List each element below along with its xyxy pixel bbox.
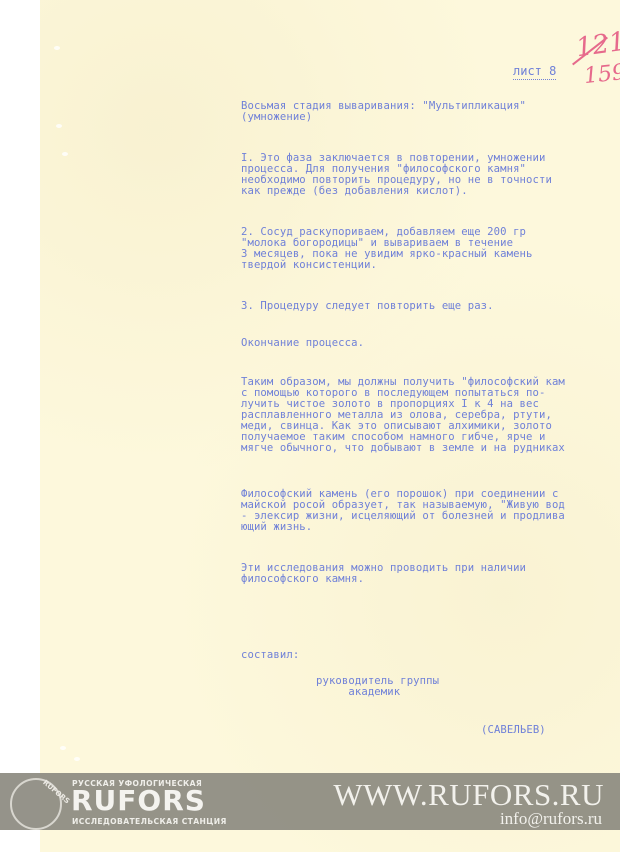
paper-speck	[56, 124, 62, 128]
paper-speck	[60, 746, 66, 750]
compiled-by-label: составил:	[241, 650, 299, 661]
section-heading: Восьмая стадия вываривания: "Мультиплика…	[241, 101, 526, 123]
paper-speck	[74, 757, 80, 761]
paragraph-1: I. Это фаза заключается в повторении, ум…	[241, 153, 552, 197]
process-end: Окончание процесса.	[241, 338, 364, 349]
org-subtitle-bottom: ИССЛЕДОВАТЕЛЬСКАЯ СТАНЦИЯ	[72, 817, 227, 826]
site-url: WWW.RUFORS.RU	[333, 778, 604, 812]
paragraph-3: 3. Процедуру следует повторить еще раз.	[241, 301, 494, 312]
paragraph-result: Таким образом, мы должны получить "филос…	[241, 377, 565, 454]
rufors-logo-icon: RUFORS	[10, 778, 62, 830]
author-position: руководитель группы академик	[316, 676, 439, 698]
contact-email: info@rufors.ru	[500, 810, 602, 828]
paragraph-2: 2. Сосуд раскупориваем, добавляем еще 20…	[241, 227, 533, 271]
watermark-banner: RUFORS РУССКАЯ УФОЛОГИЧЕСКАЯ RUFORS ИССЛ…	[0, 773, 620, 830]
paragraph-stone: Философский камень (его порошок) при сое…	[241, 489, 565, 533]
org-name: RUFORS	[71, 786, 206, 816]
paragraph-research: Эти исследования можно проводить при нал…	[241, 563, 526, 585]
handwritten-old-page-number: 121	[574, 27, 620, 64]
handwritten-page-number: 159	[583, 60, 620, 89]
author-name: (САВЕЛЬЕВ)	[481, 725, 546, 736]
paper-speck	[54, 46, 60, 50]
logo-text: RUFORS	[41, 779, 71, 806]
paper-speck	[62, 152, 68, 156]
sheet-number: лист 8	[513, 64, 556, 80]
